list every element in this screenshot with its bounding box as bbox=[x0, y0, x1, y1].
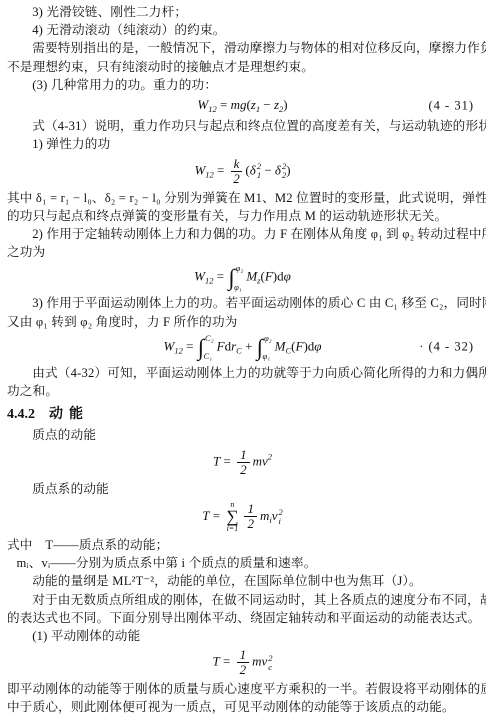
list-item-pure-rolling: 4) 无滑动滚动（纯滚动）的约束。 bbox=[7, 21, 478, 39]
para-where-T: 式中 T——质点系的动能； bbox=[7, 536, 478, 554]
para-where-mi-vi: mᵢ、vᵢ——分别为质点系中第 i 个质点的质量和速率。 bbox=[7, 554, 478, 572]
para-eq432-conclusion-line1: 由式（4-32）可知，平面运动刚体上力的功就等于力向质心简化所得的力和力偶所作 bbox=[7, 364, 478, 382]
para-system-ke-label: 质点系的动能 bbox=[7, 480, 478, 498]
formula-system-kinetic-energy: T = n∑i=112miv2i bbox=[202, 501, 283, 533]
document-page: 3) 光滑铰链、刚性二力杆； 4) 无滑动滚动（纯滚动）的约束。 需要特别指出的… bbox=[0, 0, 486, 717]
list-item-plane-motion-work-line2: 又由 φ₁ 转到 φ₂ 角度时，力 F 所作的功为 bbox=[7, 313, 478, 331]
para-rigid-body-ke-line1: 对于由无数质点所组成的刚体，在做不同运动时，其上各质点的速度分布不同，故动能 bbox=[7, 591, 478, 609]
list-item-smooth-hinge: 3) 光滑铰链、刚性二力杆； bbox=[7, 3, 478, 21]
para-spring-explanation-line2: 的功只与起点和终点弹簧的变形量有关，与力作用点 M 的运动轨迹形状无关。 bbox=[7, 207, 478, 225]
para-common-forces-work: (3) 几种常用力的功。重力的功： bbox=[7, 76, 478, 94]
para-eq432-conclusion-line2: 功之和。 bbox=[7, 382, 478, 400]
list-item-elastic-work: 1) 弹性力的功 bbox=[7, 135, 478, 153]
equation-translation-kinetic-energy: T = 12mv2c bbox=[7, 648, 478, 677]
equation-particle-kinetic-energy: T = 12mv2 bbox=[7, 448, 478, 477]
equation-plane-motion-work: W12 = ∫C₂C₁FdrC + ∫φ₂φ₁MC(F)dφ · (4 - 32… bbox=[7, 334, 478, 361]
para-friction-note-line2: 不是理想约束，只有纯滚动时的接触点才是理想约束。 bbox=[7, 58, 478, 76]
para-friction-note-line1: 需要特别指出的是，一般情况下，滑动摩擦力与物体的相对位移反向，摩擦力作负功， bbox=[7, 39, 478, 57]
section-title: 动能 bbox=[49, 406, 89, 424]
list-item-fixed-axis-work-line2: 之功为 bbox=[7, 243, 478, 261]
formula-translation-kinetic-energy: T = 12mv2c bbox=[213, 648, 273, 677]
para-ke-dimension: 动能的量纲是 ML²T⁻²，动能的单位，在国际单位制中也为焦耳（J）。 bbox=[7, 572, 478, 590]
formula-spring-work: W12 = k2(δ21 − δ22) bbox=[194, 157, 290, 186]
para-spring-explanation-line1: 其中 δ₁ = r₁ − l₀、δ₂ = r₂ − l₀ 分别为弹簧在 M1、M… bbox=[7, 189, 478, 207]
section-number: 4.4.2 bbox=[7, 406, 35, 424]
list-item-translation-ke: (1) 平动刚体的动能 bbox=[7, 627, 478, 645]
para-translation-ke-explanation-line2: 中于质心，则此刚体便可视为一质点，可见平动刚体的动能等于该质点的动能。 bbox=[7, 698, 478, 716]
list-item-plane-motion-work-line1: 3) 作用于平面运动刚体上力的功。若平面运动刚体的质心 C 由 C₁ 移至 C₂… bbox=[7, 294, 478, 312]
para-eq431-explanation: 式（4-31）说明，重力作功只与起点和终点位置的高度差有关，与运动轨迹的形状无关… bbox=[7, 117, 478, 135]
para-particle-ke-label: 质点的动能 bbox=[7, 426, 478, 444]
equation-system-kinetic-energy: T = n∑i=112miv2i bbox=[7, 501, 478, 533]
section-heading-kinetic-energy: 4.4.2 动能 bbox=[7, 406, 478, 424]
equation-rotation-work: W12 = ∫φ₂φ₁Mz(F)dφ bbox=[7, 264, 478, 291]
equation-spring-work: W12 = k2(δ21 − δ22) bbox=[7, 157, 478, 186]
formula-plane-motion-work: W12 = ∫C₂C₁FdrC + ∫φ₂φ₁MC(F)dφ bbox=[164, 334, 322, 361]
formula-particle-kinetic-energy: T = 12mv2 bbox=[213, 448, 272, 477]
para-rigid-body-ke-line2: 的表达式也不同。下面分别导出刚体平动、绕固定轴转动和平面运动的动能表达式。 bbox=[7, 609, 478, 627]
list-item-fixed-axis-work-line1: 2) 作用于定轴转动刚体上力和力偶的功。力 F 在刚体从角度 φ₁ 到 φ₂ 转… bbox=[7, 225, 478, 243]
para-translation-ke-explanation-line1: 即平动刚体的动能等于刚体的质量与质心速度平方乘积的一半。若假设将平动刚体的质量集 bbox=[7, 680, 478, 698]
equation-gravity-work: W12 = mg(z1 − z2) (4 - 31) bbox=[7, 97, 478, 114]
equation-number-4-32: · (4 - 32) bbox=[419, 340, 474, 355]
formula-rotation-work: W12 = ∫φ₂φ₁Mz(F)dφ bbox=[194, 264, 291, 291]
equation-number-4-31: (4 - 31) bbox=[429, 98, 475, 113]
formula-gravity-work: W12 = mg(z1 − z2) bbox=[197, 97, 287, 114]
